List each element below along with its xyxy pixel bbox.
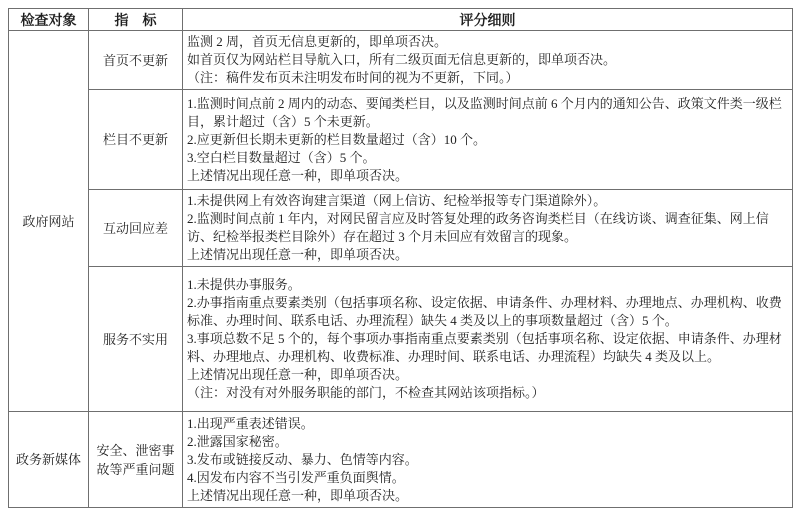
- table-row-columns-not-updated: 栏目不更新 1.监测时间点前 2 周内的动态、要闻类栏目，以及监测时间点前 6 …: [9, 90, 793, 190]
- rules-cell-columns-not-updated: 1.监测时间点前 2 周内的动态、要闻类栏目，以及监测时间点前 6 个月内的通知…: [183, 90, 793, 190]
- table-row-impractical-services: 服务不实用 1.未提供办事服务。2.办事指南重点要素类别（包括事项名称、设定依据…: [9, 267, 793, 412]
- rules-cell-impractical-services: 1.未提供办事服务。2.办事指南重点要素类别（包括事项名称、设定依据、申请条件、…: [183, 267, 793, 412]
- rule-line: 上述情况出现任意一种，即单项否决。: [187, 487, 788, 505]
- rule-line: 1.出现严重表述错误。: [187, 415, 788, 433]
- indicator-cell-security-leak-incidents: 安全、泄密事故等严重问题: [89, 412, 183, 508]
- rule-line: 1.未提供网上有效咨询建言渠道（网上信访、纪检举报等专门渠道除外）。: [187, 192, 788, 210]
- rule-line: 1.未提供办事服务。: [187, 276, 788, 294]
- rule-line: 上述情况出现任意一种，即单项否决。: [187, 167, 788, 185]
- indicator-cell-impractical-services: 服务不实用: [89, 267, 183, 412]
- rules-cell-poor-interaction-response: 1.未提供网上有效咨询建言渠道（网上信访、纪检举报等专门渠道除外）。2.监测时间…: [183, 190, 793, 267]
- rule-line: （注：稿件发布页未注明发布时间的视为不更新，下同。）: [187, 69, 788, 87]
- column-header-scoring-rules: 评分细则: [183, 9, 793, 31]
- rules-cell-security-leak-incidents: 1.出现严重表述错误。2.泄露国家秘密。3.发布或链接反动、暴力、色情等内容。4…: [183, 412, 793, 508]
- object-cell-government-new-media: 政务新媒体: [9, 412, 89, 508]
- rules-cell-homepage-not-updated: 监测 2 周，首页无信息更新的，即单项否决。如首页仅为网站栏目导航入口，所有二级…: [183, 31, 793, 90]
- rule-line: 2.泄露国家秘密。: [187, 433, 788, 451]
- column-header-check-object: 检查对象: [9, 9, 89, 31]
- indicator-cell-homepage-not-updated: 首页不更新: [89, 31, 183, 90]
- rule-line: 监测 2 周，首页无信息更新的，即单项否决。: [187, 33, 788, 51]
- indicator-cell-columns-not-updated: 栏目不更新: [89, 90, 183, 190]
- rule-line: 上述情况出现任意一种，即单项否决。: [187, 246, 788, 264]
- rule-line: 2.办事指南重点要素类别（包括事项名称、设定依据、申请条件、办理材料、办理地点、…: [187, 294, 788, 330]
- scoring-rules-table: 检查对象 指 标 评分细则 政府网站 首页不更新 监测 2 周，首页无信息更新的…: [8, 8, 793, 508]
- rule-line: （注：对没有对外服务职能的部门，不检查其网站该项指标。）: [187, 384, 788, 402]
- table-row-homepage-not-updated: 政府网站 首页不更新 监测 2 周，首页无信息更新的，即单项否决。如首页仅为网站…: [9, 31, 793, 90]
- rule-line: 4.因发布内容不当引发严重负面舆情。: [187, 469, 788, 487]
- rule-line: 3.空白栏目数量超过（含）5 个。: [187, 149, 788, 167]
- rule-line: 2.应更新但长期未更新的栏目数量超过（含）10 个。: [187, 131, 788, 149]
- rule-line: 2.监测时间点前 1 年内，对网民留言应及时答复处理的政务咨询类栏目（在线访谈、…: [187, 210, 788, 246]
- object-cell-government-website: 政府网站: [9, 31, 89, 412]
- table-row-poor-interaction-response: 互动回应差 1.未提供网上有效咨询建言渠道（网上信访、纪检举报等专门渠道除外）。…: [9, 190, 793, 267]
- rule-line: 如首页仅为网站栏目导航入口，所有二级页面无信息更新的，即单项否决。: [187, 51, 788, 69]
- document-page: 检查对象 指 标 评分细则 政府网站 首页不更新 监测 2 周，首页无信息更新的…: [8, 8, 792, 508]
- rule-line: 3.事项总数不足 5 个的，每个事项办事指南重点要素类别（包括事项名称、设定依据…: [187, 330, 788, 366]
- rule-line: 3.发布或链接反动、暴力、色情等内容。: [187, 451, 788, 469]
- column-header-indicator: 指 标: [89, 9, 183, 31]
- rule-line: 上述情况出现任意一种，即单项否决。: [187, 366, 788, 384]
- indicator-cell-poor-interaction-response: 互动回应差: [89, 190, 183, 267]
- header-row: 检查对象 指 标 评分细则: [9, 9, 793, 31]
- table-row-security-leak-incidents: 政务新媒体 安全、泄密事故等严重问题 1.出现严重表述错误。2.泄露国家秘密。3…: [9, 412, 793, 508]
- rule-line: 1.监测时间点前 2 周内的动态、要闻类栏目，以及监测时间点前 6 个月内的通知…: [187, 95, 788, 131]
